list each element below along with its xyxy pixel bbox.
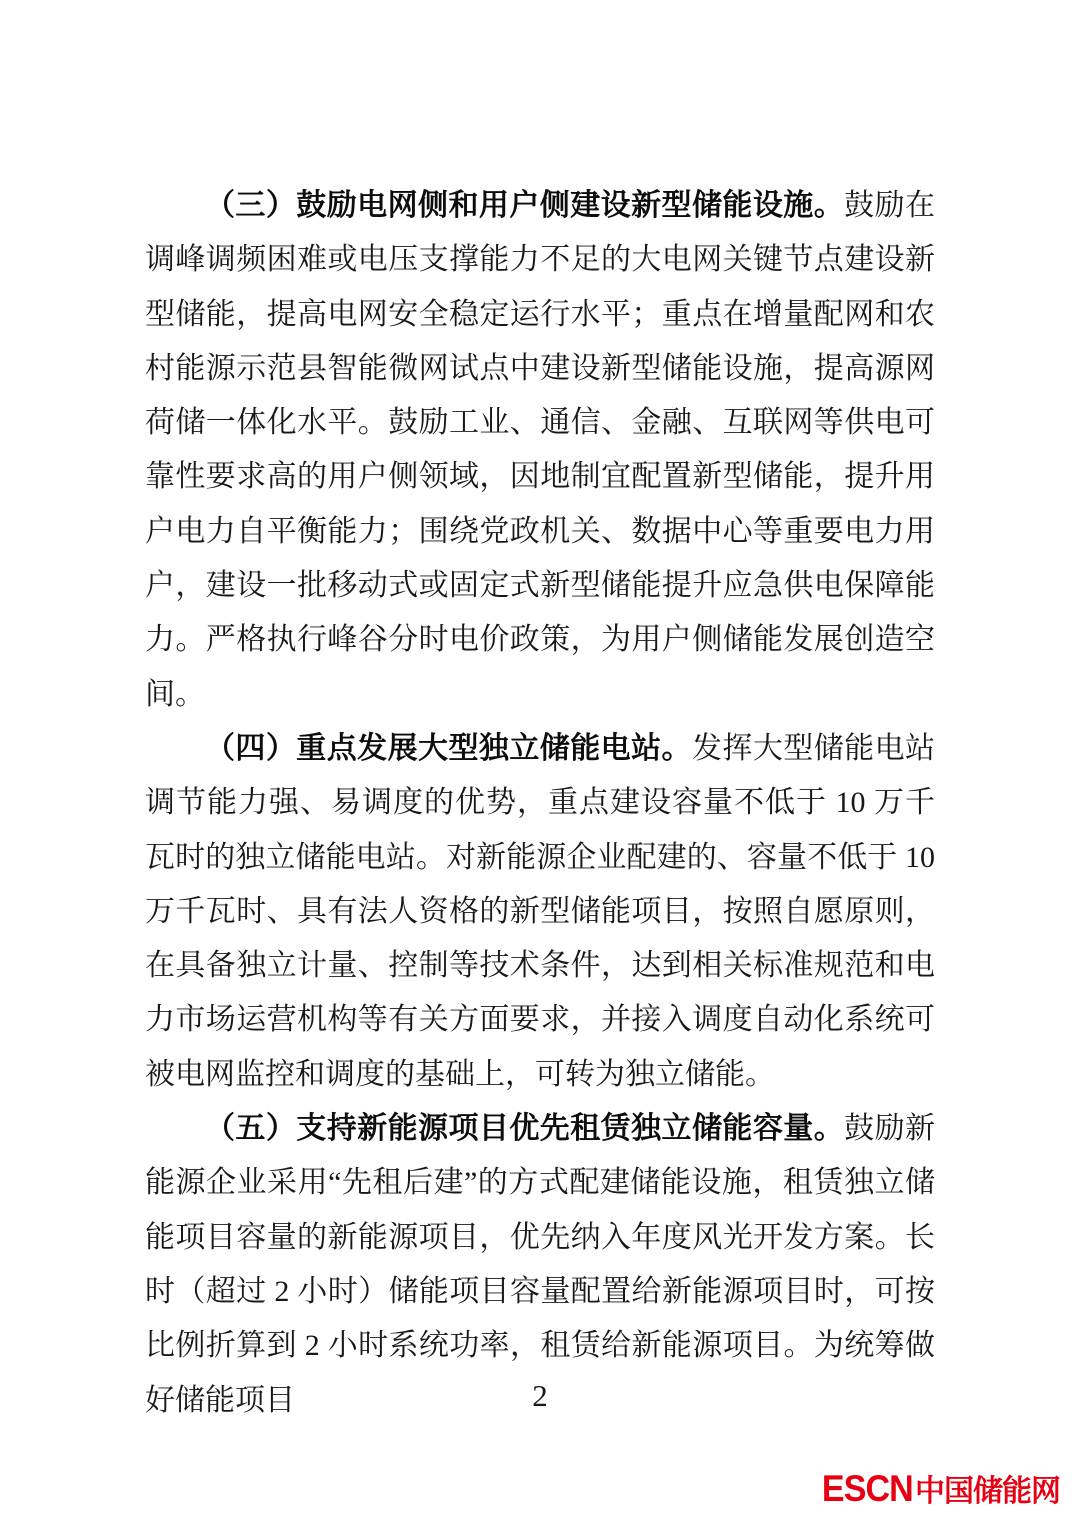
paragraph-section-5-text: 鼓励新能源企业采用“先租后建”的方式配建储能设施，租赁独立储能项目容量的新能源项… <box>145 1112 935 1416</box>
paragraph-section-4-heading: （四）重点发展大型独立储能电站。 <box>205 732 692 765</box>
page-number: 2 <box>145 1378 935 1414</box>
escn-logo-chinese-text: 中国储能网 <box>915 1466 1060 1510</box>
paragraph-section-3: （三）鼓励电网侧和用户侧建设新型储能设施。鼓励在调峰调频困难或电压支撑能力不足的… <box>145 179 935 722</box>
paragraph-section-4-text: 发挥大型储能电站调节能力强、易调度的优势，重点建设容量不低于 10 万千瓦时的独… <box>145 732 935 1091</box>
document-page: （三）鼓励电网侧和用户侧建设新型储能设施。鼓励在调峰调频困难或电压支撑能力不足的… <box>0 0 1080 1528</box>
document-body: （三）鼓励电网侧和用户侧建设新型储能设施。鼓励在调峰调频困难或电压支撑能力不足的… <box>145 179 935 1428</box>
paragraph-section-5-heading: （五）支持新能源项目优先租赁独立储能容量。 <box>205 1112 844 1145</box>
paragraph-section-3-text: 鼓励在调峰调频困难或电压支撑能力不足的大电网关键节点建设新型储能，提高电网安全稳… <box>145 189 935 711</box>
paragraph-section-4: （四）重点发展大型独立储能电站。发挥大型储能电站调节能力强、易调度的优势，重点建… <box>145 722 935 1102</box>
paragraph-section-3-heading: （三）鼓励电网侧和用户侧建设新型储能设施。 <box>205 189 844 222</box>
escn-watermark-logo: ESCN 中国储能网 <box>814 1466 1060 1510</box>
escn-logo-latin-text: ESCN <box>822 1468 913 1510</box>
